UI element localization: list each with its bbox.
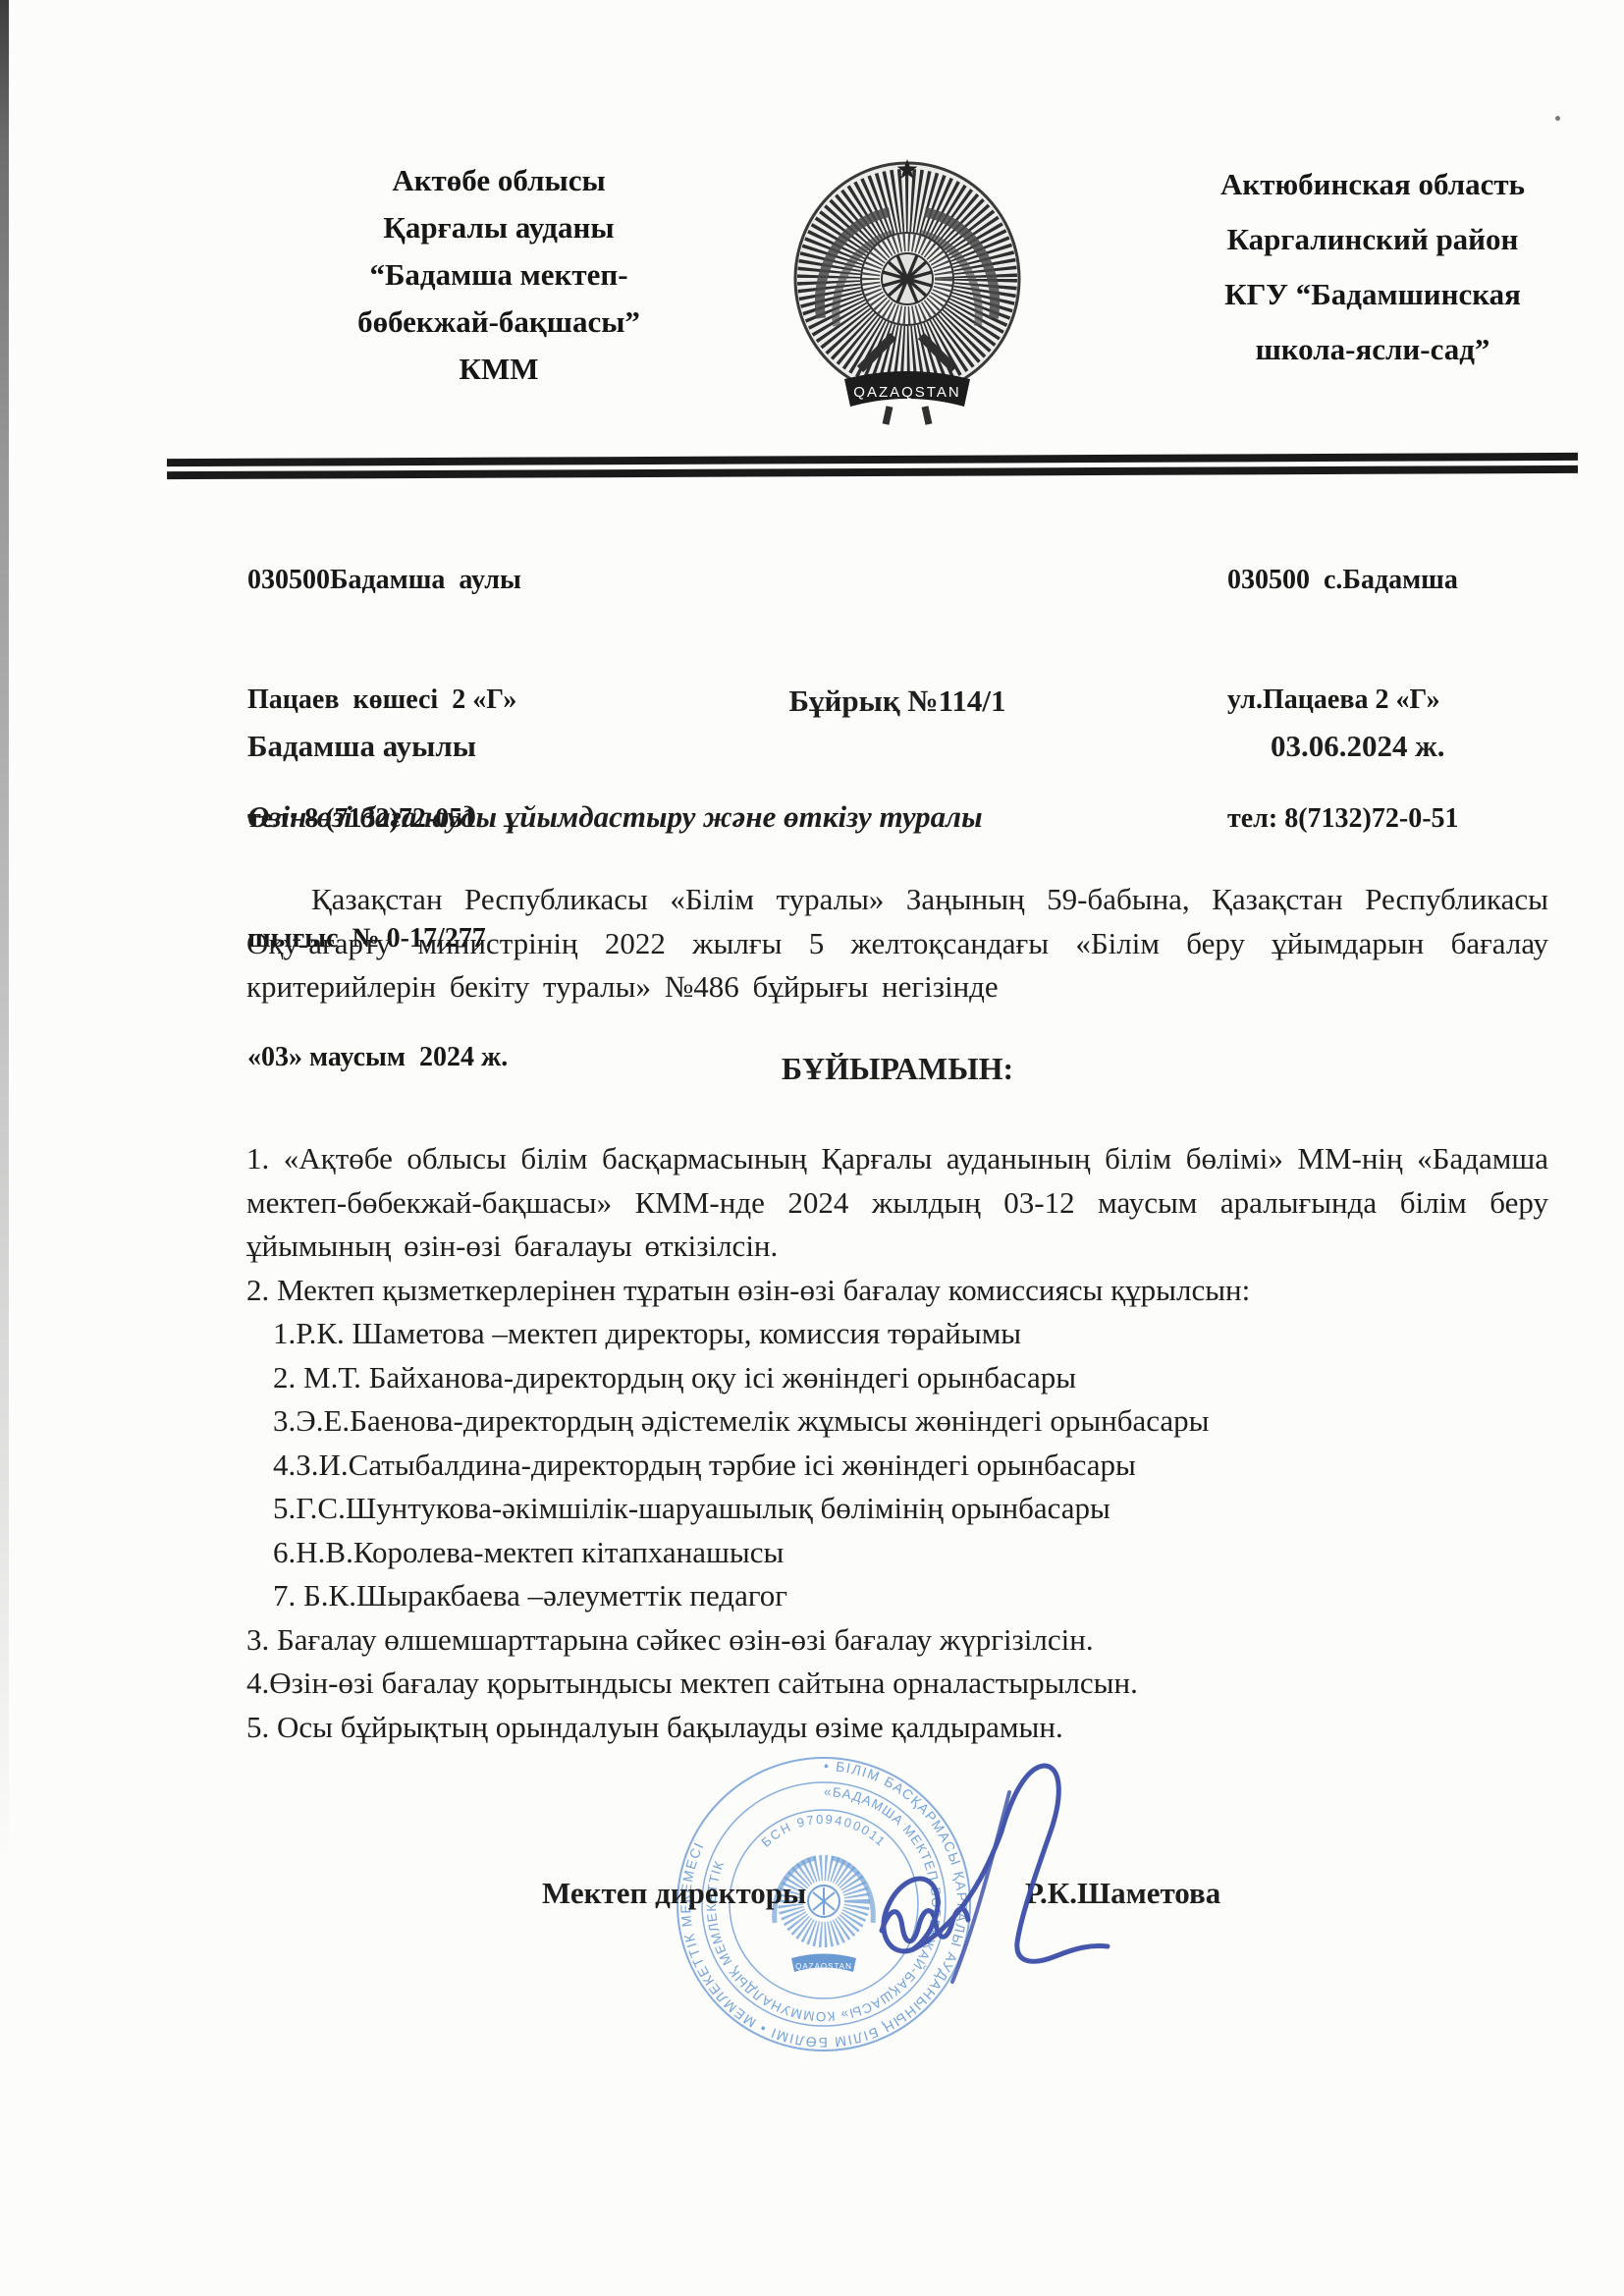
order-item-2: 2. Мектеп қызметкерлерінен тұратын өзін-… xyxy=(246,1269,1548,1313)
kazakhstan-emblem-icon: QAZAQSTAN xyxy=(791,143,1023,428)
commission-member: 7. Б.К.Шыракбаева –әлеуметтік педагог xyxy=(246,1574,1548,1618)
order-title: Бұйрық №114/1 xyxy=(246,683,1548,719)
commission-member: 6.Н.В.Королева-мектеп кітапханашысы xyxy=(246,1531,1548,1575)
org-name-kazakh-line: бөбекжай-бақшасы” xyxy=(302,299,695,346)
org-name-kazakh-line: Актөбе облысы xyxy=(302,157,695,204)
order-date: 03.06.2024 ж. xyxy=(1271,729,1444,764)
signer-role: Мектеп директоры xyxy=(542,1876,806,1911)
commission-member: 4.З.И.Сатыбалдина-директордың тәрбие ісі… xyxy=(246,1444,1548,1488)
org-name-kazakh-line: КММ xyxy=(302,346,695,393)
org-name-russian-line: школа-ясли-сад” xyxy=(1166,322,1579,377)
address-line: 030500Бадамша аулы xyxy=(247,561,521,601)
order-place: Бадамша ауылы xyxy=(247,729,476,764)
scanned-order-document: Актөбе облысы Қарғалы ауданы “Бадамша ме… xyxy=(0,0,1624,2296)
address-line: 030500 с.Бадамша xyxy=(1227,561,1459,601)
org-name-russian: Актюбинская область Каргалинский район К… xyxy=(1166,157,1579,377)
address-line: тел: 8(7132)72-0-51 xyxy=(1227,799,1459,840)
director-signature xyxy=(844,1738,1159,2003)
order-item-4: 4.Өзін-өзі бағалау қорытындысы мектеп са… xyxy=(246,1662,1548,1706)
command-word: БҰЙЫРАМЫН: xyxy=(246,1051,1548,1087)
emblem-banner-text: QAZAQSTAN xyxy=(853,384,960,401)
order-item-3: 3. Бағалау өлшемшарттарына сәйкес өзін-ө… xyxy=(246,1618,1548,1663)
commission-member: 3.Э.Е.Баенова-директордың әдістемелік жұ… xyxy=(246,1399,1548,1444)
commission-member: 5.Г.С.Шунтукова-әкімшілік-шаруашылық бөл… xyxy=(246,1487,1548,1531)
org-name-russian-line: КГУ “Бадамшинская xyxy=(1166,267,1579,322)
emblem-tassels xyxy=(886,407,929,424)
org-name-kazakh-line: Қарғалы ауданы xyxy=(302,204,695,251)
org-name-russian-line: Каргалинский район xyxy=(1166,212,1579,267)
order-item-1: 1. «Ақтөбе облысы білім басқармасының Қа… xyxy=(246,1137,1548,1269)
scan-speck xyxy=(1555,116,1560,121)
commission-member: 1.Р.К. Шаметова –мектеп директоры, комис… xyxy=(246,1312,1548,1356)
scan-edge-shadow xyxy=(0,0,9,1866)
org-name-kazakh: Актөбе облысы Қарғалы ауданы “Бадамша ме… xyxy=(302,157,695,393)
order-items: 1. «Ақтөбе облысы білім басқармасының Қа… xyxy=(246,1137,1548,1749)
order-preamble: Қазақстан Республикасы «Білім туралы» За… xyxy=(246,878,1548,1010)
org-name-russian-line: Актюбинская область xyxy=(1166,157,1579,212)
order-subject: Өзін-өзі бағалауды ұйымдастыру және өткі… xyxy=(247,799,983,835)
org-name-kazakh-line: “Бадамша мектеп- xyxy=(302,251,695,299)
letterhead-divider xyxy=(167,453,1578,479)
commission-member: 2. М.Т. Байханова-директордың оқу ісі жө… xyxy=(246,1356,1548,1400)
